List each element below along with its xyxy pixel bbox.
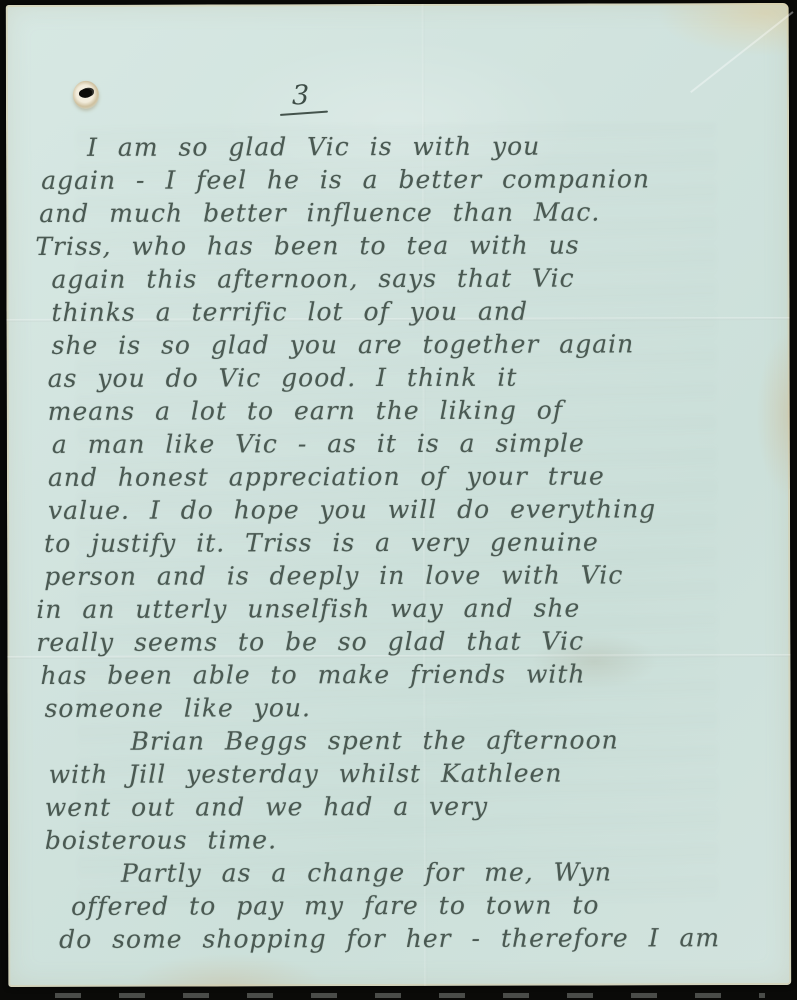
handwritten-line: really seems to be so glad that Vic [36,624,790,659]
handwritten-line: and honest appreciation of your true [48,459,790,494]
letter-body: I am so glad Vic is with you again - I f… [6,129,791,956]
handwritten-line: offered to pay my fare to town to [71,888,791,923]
handwritten-line: as you do Vic good. I think it [48,360,790,395]
handwritten-line: Partly as a change for me, Wyn [121,855,791,890]
handwritten-line: she is so glad you are together again [52,327,790,362]
handwritten-line: thinks a terrific lot of you and [51,294,789,329]
handwritten-line: again - I feel he is a better companion [41,162,789,197]
handwritten-line: someone like you. [45,690,791,725]
handwritten-line: means a lot to earn the liking of [48,393,790,428]
handwritten-line: went out and we had a very [45,789,791,824]
next-page-edge [55,993,765,998]
pin-hole-mark [79,89,92,98]
handwritten-line: person and is deeply in love with Vic [44,558,790,593]
handwritten-line: I am so glad Vic is with you [87,129,789,164]
corner-crease [690,11,793,93]
pin-hole [73,81,99,109]
page-number: 3 [292,80,310,111]
handwritten-line: and much better influence than Mac. [39,195,789,230]
photo-stage: 3 I am so glad Vic is with you again - I… [0,0,797,1000]
handwritten-line: in an utterly unselfish way and she [36,591,790,626]
handwritten-line: a man like Vic - as it is a simple [52,426,790,461]
handwritten-line: to justify it. Triss is a very genuine [44,525,790,560]
handwritten-line: again this afternoon, says that Vic [51,261,789,296]
handwritten-line: Brian Beggs spent the afternoon [131,723,791,758]
handwritten-line: boisterous time. [45,822,791,857]
handwritten-line: with Jill yesterday whilst Kathleen [49,756,791,791]
handwritten-line: do some shopping for her - therefore I a… [59,921,791,956]
handwritten-line: Triss, who has been to tea with us [35,228,789,263]
letter-page: 3 I am so glad Vic is with you again - I… [6,3,792,987]
handwritten-line: has been able to make friends with [40,657,790,692]
handwritten-line: value. I do hope you will do everything [48,492,790,527]
